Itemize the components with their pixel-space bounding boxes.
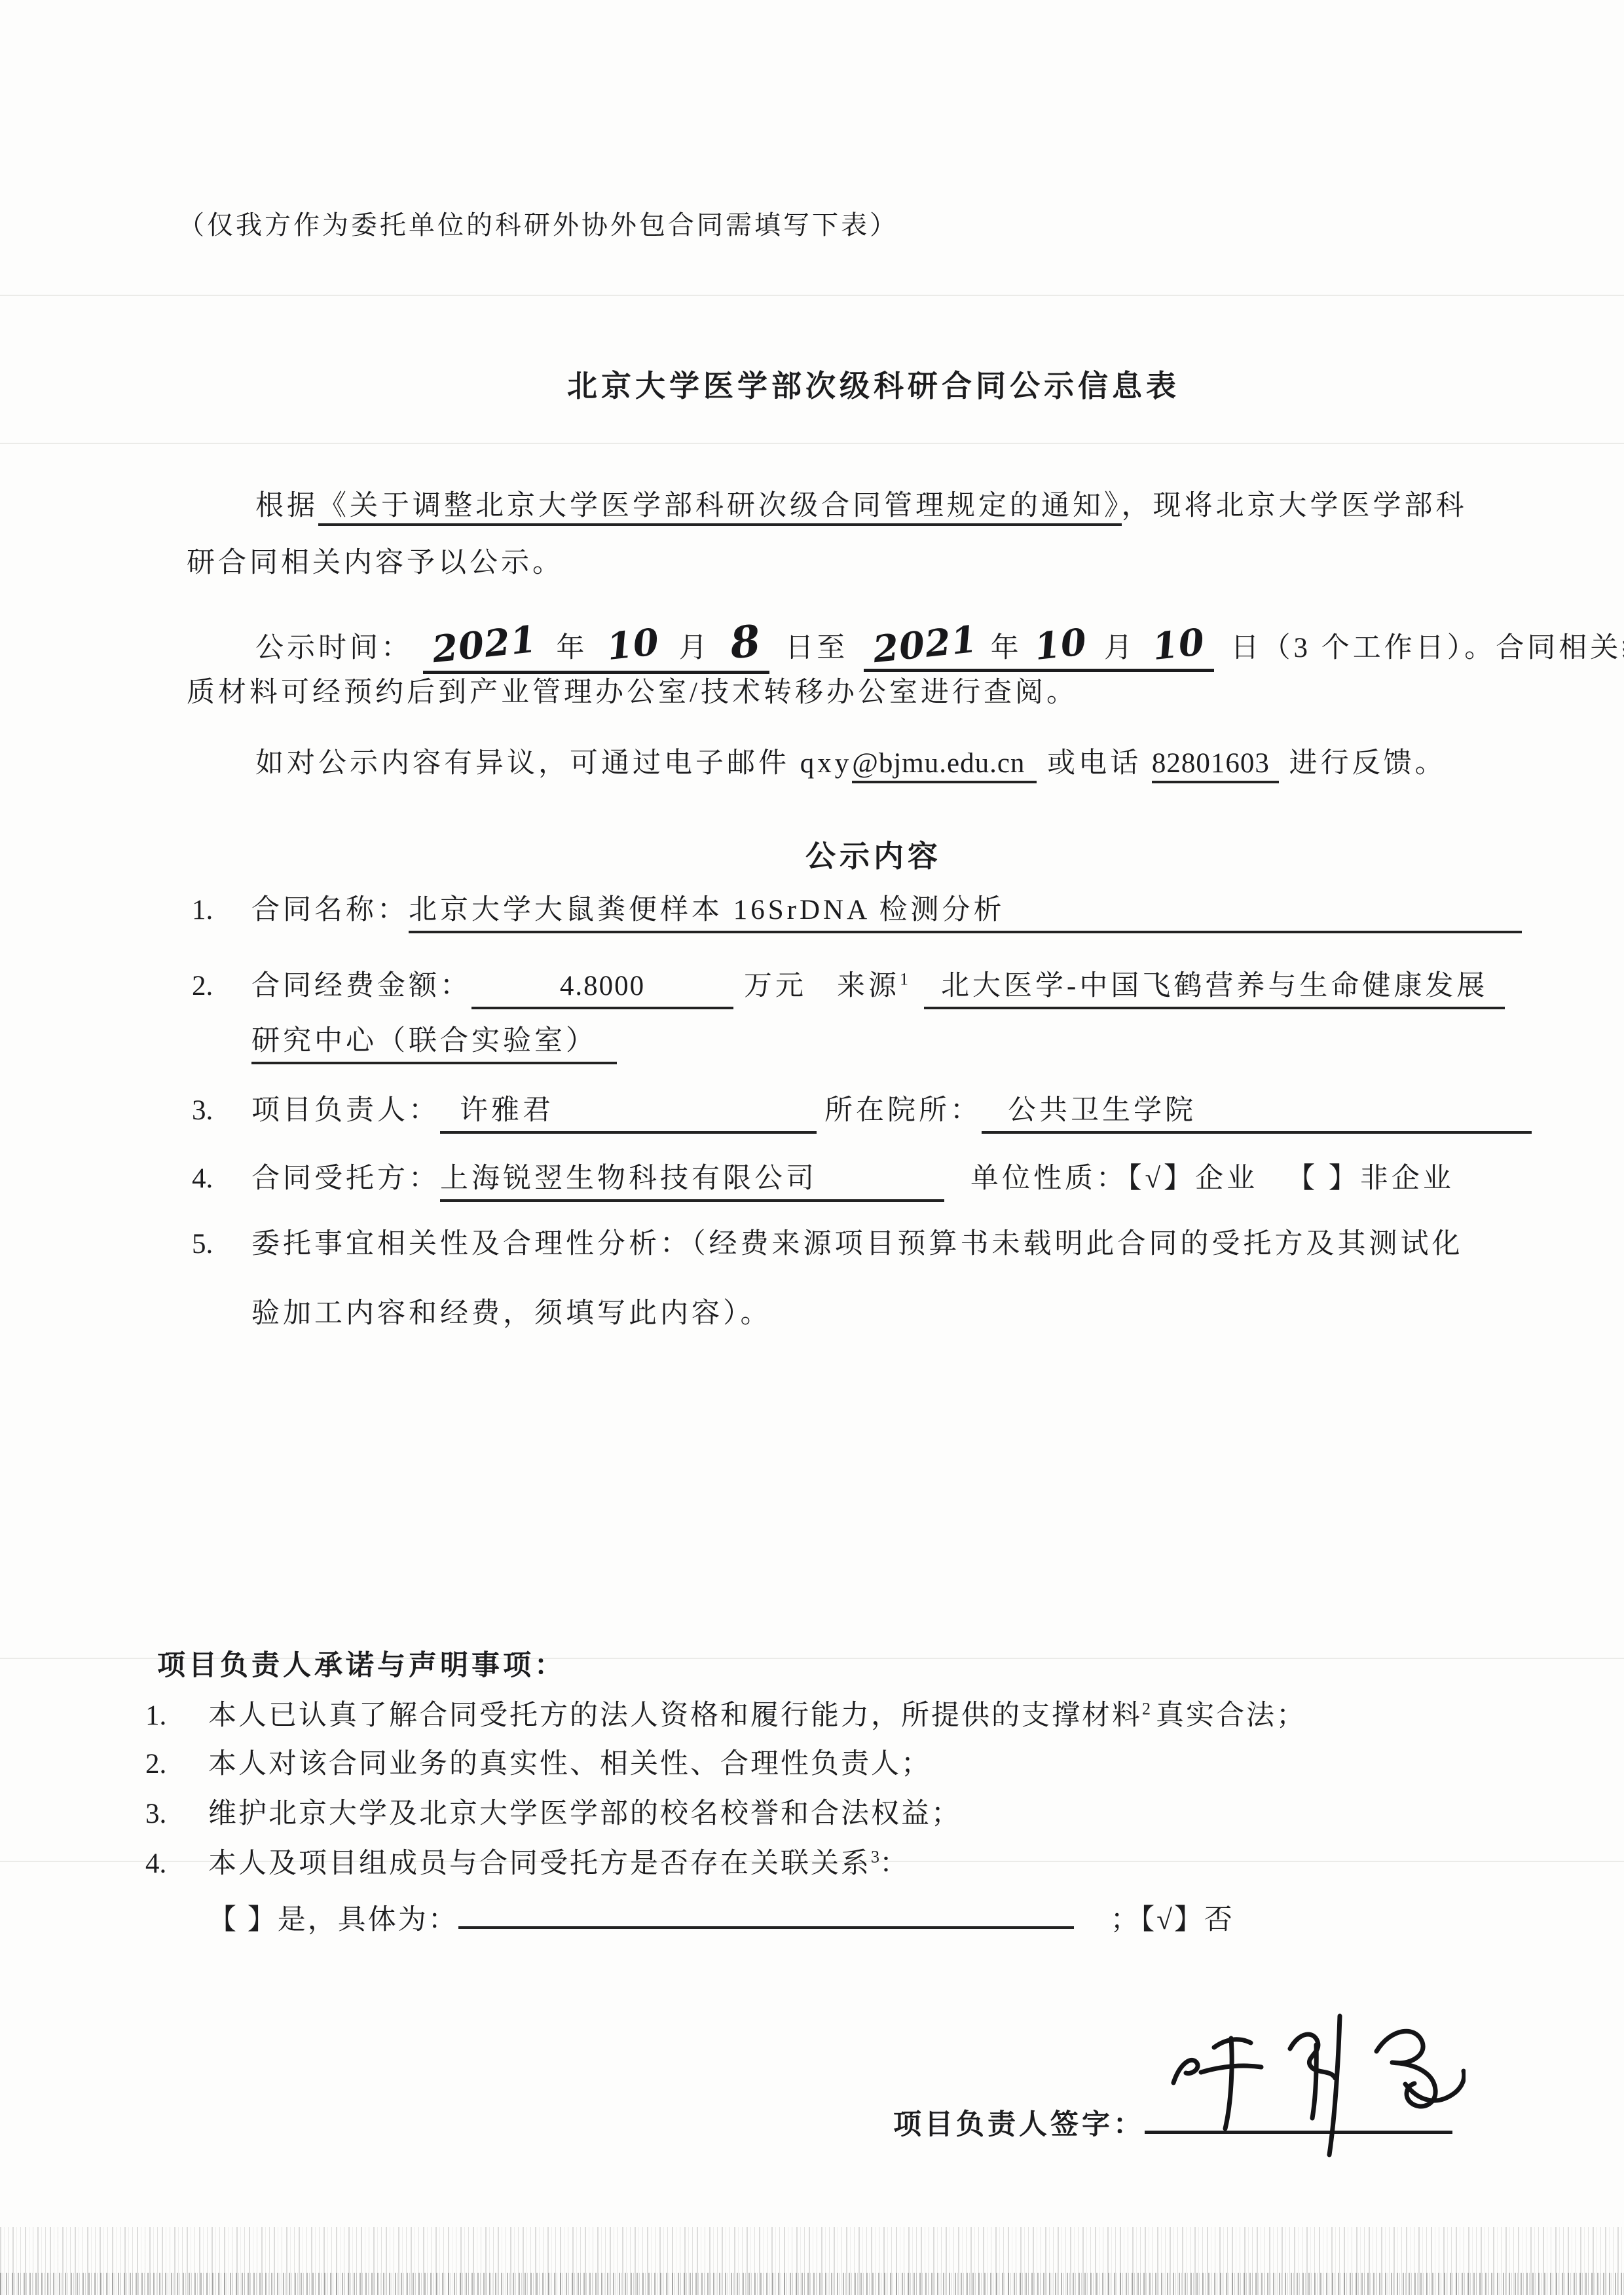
semicolon: ； [1111,1905,1141,1935]
contract-name-value: 北京大学大鼠粪便样本 16SrDNA 检测分析 [409,892,1522,933]
feedback-prefix: 如对公示内容有异议，可通过电子邮件 qxy [255,748,852,779]
item-number: 2. [192,968,251,1005]
item-contract-amount: 2.合同经费金额：4.8000万元来源1北大医学-中国飞鹤营养与生命健康发展 [192,968,1505,1009]
list-number: 1. [145,1698,208,1734]
month-char: 月 [679,633,710,663]
feedback-suffix: 进行反馈。 [1279,748,1447,779]
publicity-end-date-blank: 2021 年 10 月 10 [864,621,1214,672]
publicity-rest: 日（3 个工作日）。合同相关纸 [1230,633,1624,663]
amount-label: 合同经费金额： [251,971,471,1001]
amount-value: 4.8000 [471,968,733,1009]
section-title: 公示内容 [805,837,942,876]
contractor-value: 上海锐翌生物科技有限公司 [440,1161,944,1202]
list-number: 3. [145,1796,208,1833]
commitment-1-tail: 真实合法； [1156,1700,1306,1731]
publicity-start-date-blank: 2021 年 10 月 8 [423,614,770,674]
dept-label: 所在院所： [824,1095,982,1126]
scan-artifact-line [0,443,1624,444]
feedback-middle: 或电话 [1037,748,1152,779]
item-contract-amount-line2: 研究中心（联合实验室） [251,1023,617,1064]
commitment-4-tail: ： [879,1848,910,1879]
document-title: 北京大学医学部次级科研合同公示信息表 [567,367,1180,406]
source-label: 来源 [837,971,900,1001]
email-address: @bjmu.edu.cn [852,748,1037,783]
top-note: （仅我方作为委托单位的科研外协外包合同需填写下表） [178,208,898,242]
item-analysis-line1: 5.委托事宜相关性及合理性分析：（经费来源项目预算书未载明此合同的受托方及其测试… [192,1226,1464,1263]
contract-name-label: 合同名称： [251,895,409,925]
signature-label: 项目负责人签字： [893,2110,1145,2140]
list-number: 2. [145,1746,208,1783]
dept-value: 公共卫生学院 [982,1092,1532,1134]
item-contractor: 4.合同受托方：上海锐翌生物科技有限公司单位性质：【√】企业【 】非企业 [192,1161,1454,1202]
nature-label: 单位性质： [970,1163,1128,1194]
scan-artifact-line [0,295,1624,296]
checkbox-no-checked: 【√】否 [1141,1905,1234,1935]
phone-number: 82801603 [1152,748,1279,783]
scanned-document-page: （仅我方作为委托单位的科研外协外包合同需填写下表） 北京大学医学部次级科研合同公… [0,0,1624,2295]
year-char: 年 [556,633,587,663]
intro-rest: ，现将北京大学医学部科 [1122,491,1467,521]
related-party-line: 【 】是，具体为：；【√】否 [208,1897,1234,1939]
commitment-1: 1.本人已认真了解合同受托方的法人资格和履行能力，所提供的支撑材料2真实合法； [145,1698,1306,1734]
year-char-2: 年 [991,633,1022,663]
handwritten-start-month: 10 [605,618,662,671]
handwritten-end-year: 2021 [871,616,980,674]
related-party-blank [458,1897,1074,1929]
source-value-line2: 研究中心（联合实验室） [251,1023,617,1064]
source-value-line1: 北大医学-中国飞鹤营养与生命健康发展 [924,968,1505,1009]
intro-prefix: 根据 [255,491,318,521]
contractor-label: 合同受托方： [251,1163,440,1194]
publicity-label: 公示时间： [255,633,413,663]
item-analysis-line2: 验加工内容和经费，须填写此内容）。 [251,1296,772,1332]
handwritten-signature [1151,2004,1466,2161]
item-contract-name: 1.合同名称：北京大学大鼠粪便样本 16SrDNA 检测分析 [192,892,1522,933]
leader-value: 许雅君 [440,1092,817,1134]
handwritten-start-day: 8 [727,613,764,672]
notice-title-underlined: 《关于调整北京大学医学部科研次级合同管理规定的通知》 [318,491,1122,526]
item-number: 4. [192,1161,251,1197]
signature-row: 项目负责人签字： [893,2101,1452,2144]
leader-label: 项目负责人： [251,1095,440,1126]
commitment-3-text: 维护北京大学及北京大学医学部的校名校誉和合法权益； [208,1799,961,1829]
checkbox-non-enterprise-unchecked: 【 】非企业 [1287,1163,1454,1194]
publicity-time-line: 公示时间： 2021 年 10 月 8 日至 2021 年 10 月 10 日（… [255,614,1624,674]
feedback-line: 如对公示内容有异议，可通过电子邮件 qxy@bjmu.edu.cn 或电话 82… [255,745,1447,782]
footnote-marker-2: 2 [1142,1700,1151,1719]
list-number: 4. [145,1846,208,1882]
analysis-text-line1: 委托事宜相关性及合理性分析：（经费来源项目预算书未载明此合同的受托方及其测试化 [251,1229,1464,1259]
intro-line-2: 研合同相关内容予以公示。 [187,545,564,582]
scanner-noise-edge [0,2273,1624,2295]
source-footnote-marker: 1 [900,970,908,989]
item-number: 3. [192,1092,251,1129]
handwritten-end-day: 10 [1150,618,1207,671]
publicity-line-2: 质材料可经预约后到产业管理办公室/技术转移办公室进行查阅。 [187,675,1078,711]
intro-line-1: 根据《关于调整北京大学医学部科研次级合同管理规定的通知》，现将北京大学医学部科 [255,488,1467,525]
commitment-2: 2.本人对该合同业务的真实性、相关性、合理性负责人； [145,1746,931,1783]
item-number: 1. [192,892,251,929]
to-text: 日至 [785,633,848,663]
checkbox-yes-unchecked: 【 】是，具体为： [208,1905,458,1935]
handwritten-start-year: 2021 [430,616,539,674]
footnote-marker-3: 3 [871,1848,879,1867]
commitment-1-text: 本人已认真了解合同受托方的法人资格和履行能力，所提供的支撑材料 [208,1700,1142,1731]
commitment-3: 3.维护北京大学及北京大学医学部的校名校誉和合法权益； [145,1796,961,1833]
commitment-4: 4.本人及项目组成员与合同受托方是否存在关联关系3： [145,1846,910,1882]
checkbox-enterprise-checked: 【√】企业 [1128,1163,1258,1194]
item-project-leader: 3.项目负责人：许雅君所在院所：公共卫生学院 [192,1092,1532,1134]
commitments-header: 项目负责人承诺与声明事项： [157,1648,566,1685]
amount-unit: 万元 [744,971,807,1001]
handwritten-end-month: 10 [1033,618,1090,671]
month-char-2: 月 [1104,633,1135,663]
item-number: 5. [192,1226,251,1263]
commitment-2-text: 本人对该合同业务的真实性、相关性、合理性负责人； [208,1749,931,1780]
signature-blank [1145,2101,1452,2134]
commitment-4-text: 本人及项目组成员与合同受托方是否存在关联关系 [208,1848,871,1879]
